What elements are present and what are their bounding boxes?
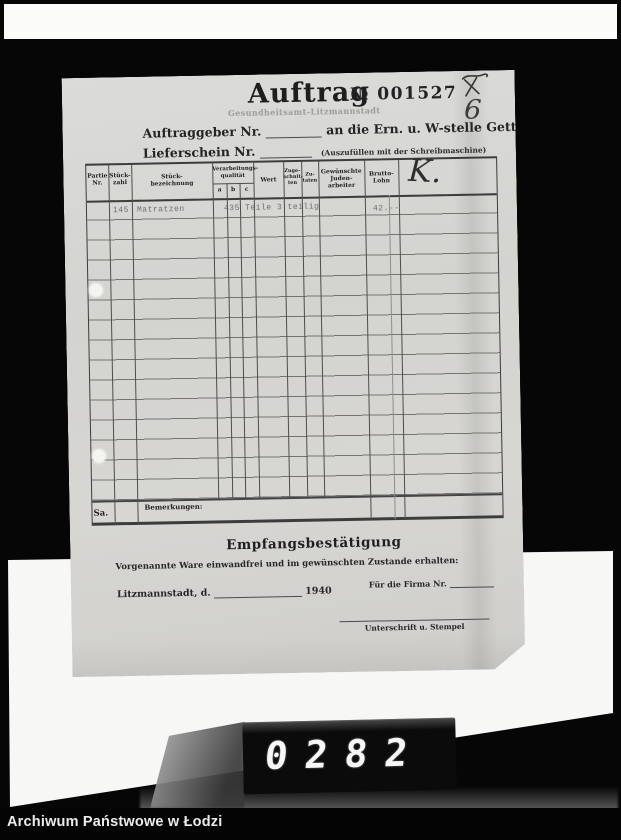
order-table: Partie Nr. Stück- zahl Stück- bezeichnun… — [85, 156, 504, 525]
col-header-qualitaet: Verarbeitungs- qualität — [212, 166, 253, 180]
subcol-header-c: c — [240, 186, 254, 193]
col-header-bruttolohn: Brutto- Lohn — [364, 170, 398, 185]
subcol-header-b: b — [227, 186, 240, 193]
sa-total-label: Sa. — [93, 508, 108, 518]
typed-bruttolohn: 42.-- — [373, 204, 400, 213]
lieferschein-line: Lieferschein Nr. — [143, 143, 312, 161]
signature-line: Unterschrift u. Stempel — [340, 618, 490, 633]
counter-device: 0282 — [242, 718, 457, 795]
document-paper: Auftrag № 001527 6 Gesundheitsamt-Litzma… — [62, 70, 526, 677]
handwritten-k-mark: K. — [407, 153, 442, 191]
table-row-lines — [87, 193, 502, 500]
archive-caption: Archiwum Państwowe w Łodzi — [7, 814, 222, 830]
lieferschein-blank-field — [260, 146, 312, 159]
col-header-zugeschnitten: Zuge- schnit- ten — [283, 168, 301, 186]
col-header-zutaten: Zu- taten — [301, 172, 318, 184]
bottom-bar: Archiwum Państwowe w Łodzi — [0, 808, 621, 840]
firma-line: Für die Firma Nr. — [369, 577, 494, 589]
signature-label: Unterschrift u. Stempel — [365, 622, 465, 633]
typed-bezeichnung: Matratzen — [137, 205, 185, 215]
col-header-partie: Partie Nr. — [86, 172, 108, 187]
receipt-heading: Empfangsbestätigung — [226, 535, 362, 553]
col-header-judenarbeiter: Gewünschte Juden- arbeiter — [318, 168, 364, 190]
col-header-wert: Wert — [253, 176, 283, 184]
firma-blank-field — [449, 578, 493, 588]
auftraggeber-line: Auftraggeber Nr. an die Ern. u. W-stelle… — [142, 119, 524, 141]
counter-display: 0282 — [263, 730, 427, 778]
document-number: № 001527 — [350, 83, 458, 105]
firma-label: Für die Firma Nr. — [369, 578, 447, 589]
photo-frame: Auftrag № 001527 6 Gesundheitsamt-Litzma… — [0, 0, 621, 840]
quality-subheader-line — [213, 183, 254, 185]
year-text: 1940 — [305, 585, 332, 596]
lieferschein-label: Lieferschein Nr. — [143, 144, 256, 161]
place-date-label: Litzmannstadt, d. — [117, 588, 211, 601]
bemerkungen-label: Bemerkungen: — [144, 502, 202, 512]
col-header-stueckzahl: Stück- zahl — [108, 172, 131, 187]
overexposed-top-band — [4, 4, 617, 39]
auftraggeber-blank-field — [266, 125, 322, 138]
typewriter-note: (Auszufüllen mit der Schreibmaschine) — [321, 145, 486, 157]
confirmation-text: Vorgenannte Ware einwandfrei und im gewü… — [115, 556, 458, 572]
auftraggeber-label: Auftraggeber Nr. — [142, 124, 261, 141]
auftraggeber-rest: an die Ern. u. W-stelle Getto — [326, 119, 525, 138]
place-date-line: Litzmannstadt, d. 1940 — [117, 584, 332, 600]
subcol-header-a: a — [213, 186, 227, 193]
typed-stueckzahl: 145 — [113, 206, 129, 215]
typed-details: 435 Teile 3 teilig — [224, 202, 320, 213]
date-blank-field — [214, 585, 302, 599]
office-stamp-text: Gesundheitsamt-Litzmannstadt — [222, 105, 386, 118]
col-header-bezeichnung: Stück- bezeichnung — [131, 172, 212, 188]
